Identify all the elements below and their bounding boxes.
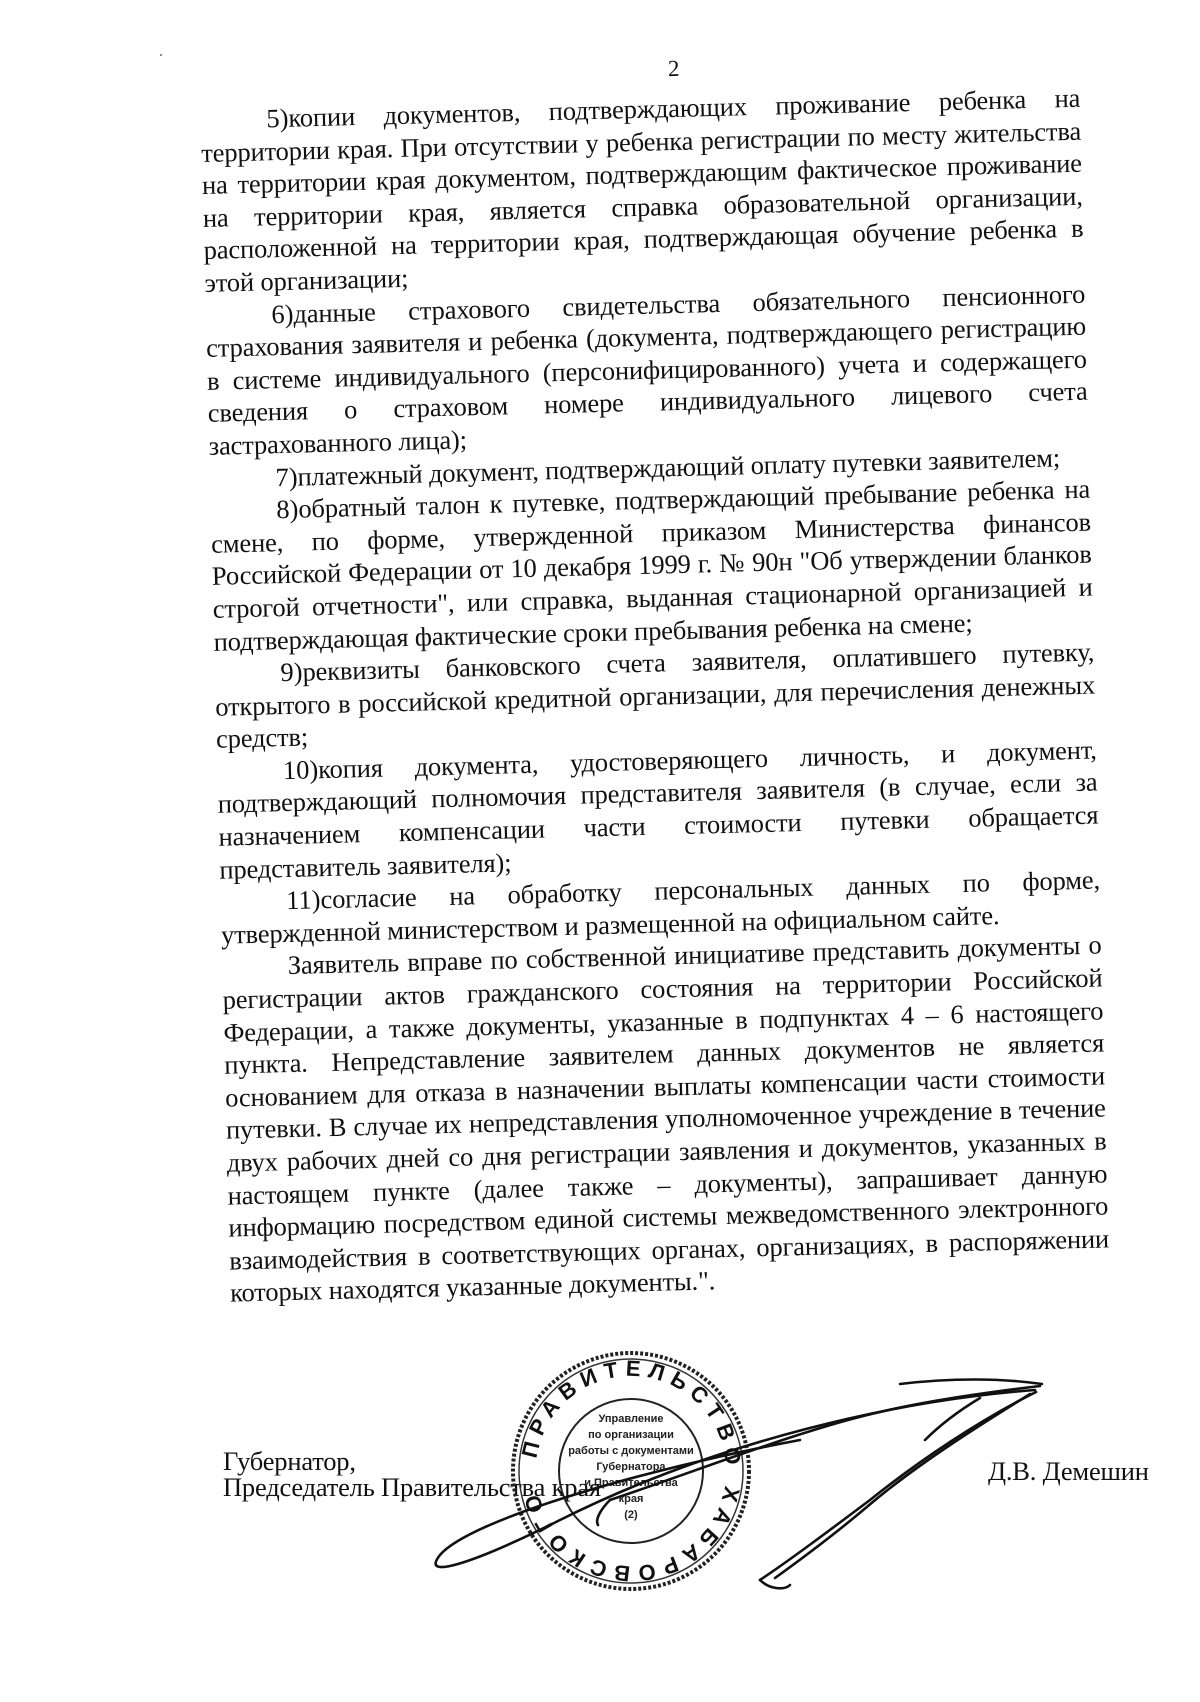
svg-text:работы с документами: работы с документами (568, 1445, 694, 1457)
signatory-name: Д.В. Демешин (988, 1456, 1149, 1487)
svg-text:Управление: Управление (598, 1413, 663, 1425)
official-seal-icon: ПРАВИТЕЛЬСТВО ХАБАРОВСКОГО • КРАЯ Управл… (506, 1346, 756, 1596)
signature-block: Губернатор, Председатель Правительства к… (0, 0, 1200, 1702)
svg-text:(2): (2) (624, 1509, 638, 1521)
svg-text:Губернатора: Губернатора (596, 1461, 666, 1473)
svg-text:по организации: по организации (588, 1429, 674, 1441)
svg-text:и Правительства: и Правительства (584, 1477, 678, 1489)
document-page: 2 5)копии документов, подтверждающих про… (0, 0, 1200, 1702)
svg-text:края: края (619, 1493, 644, 1505)
